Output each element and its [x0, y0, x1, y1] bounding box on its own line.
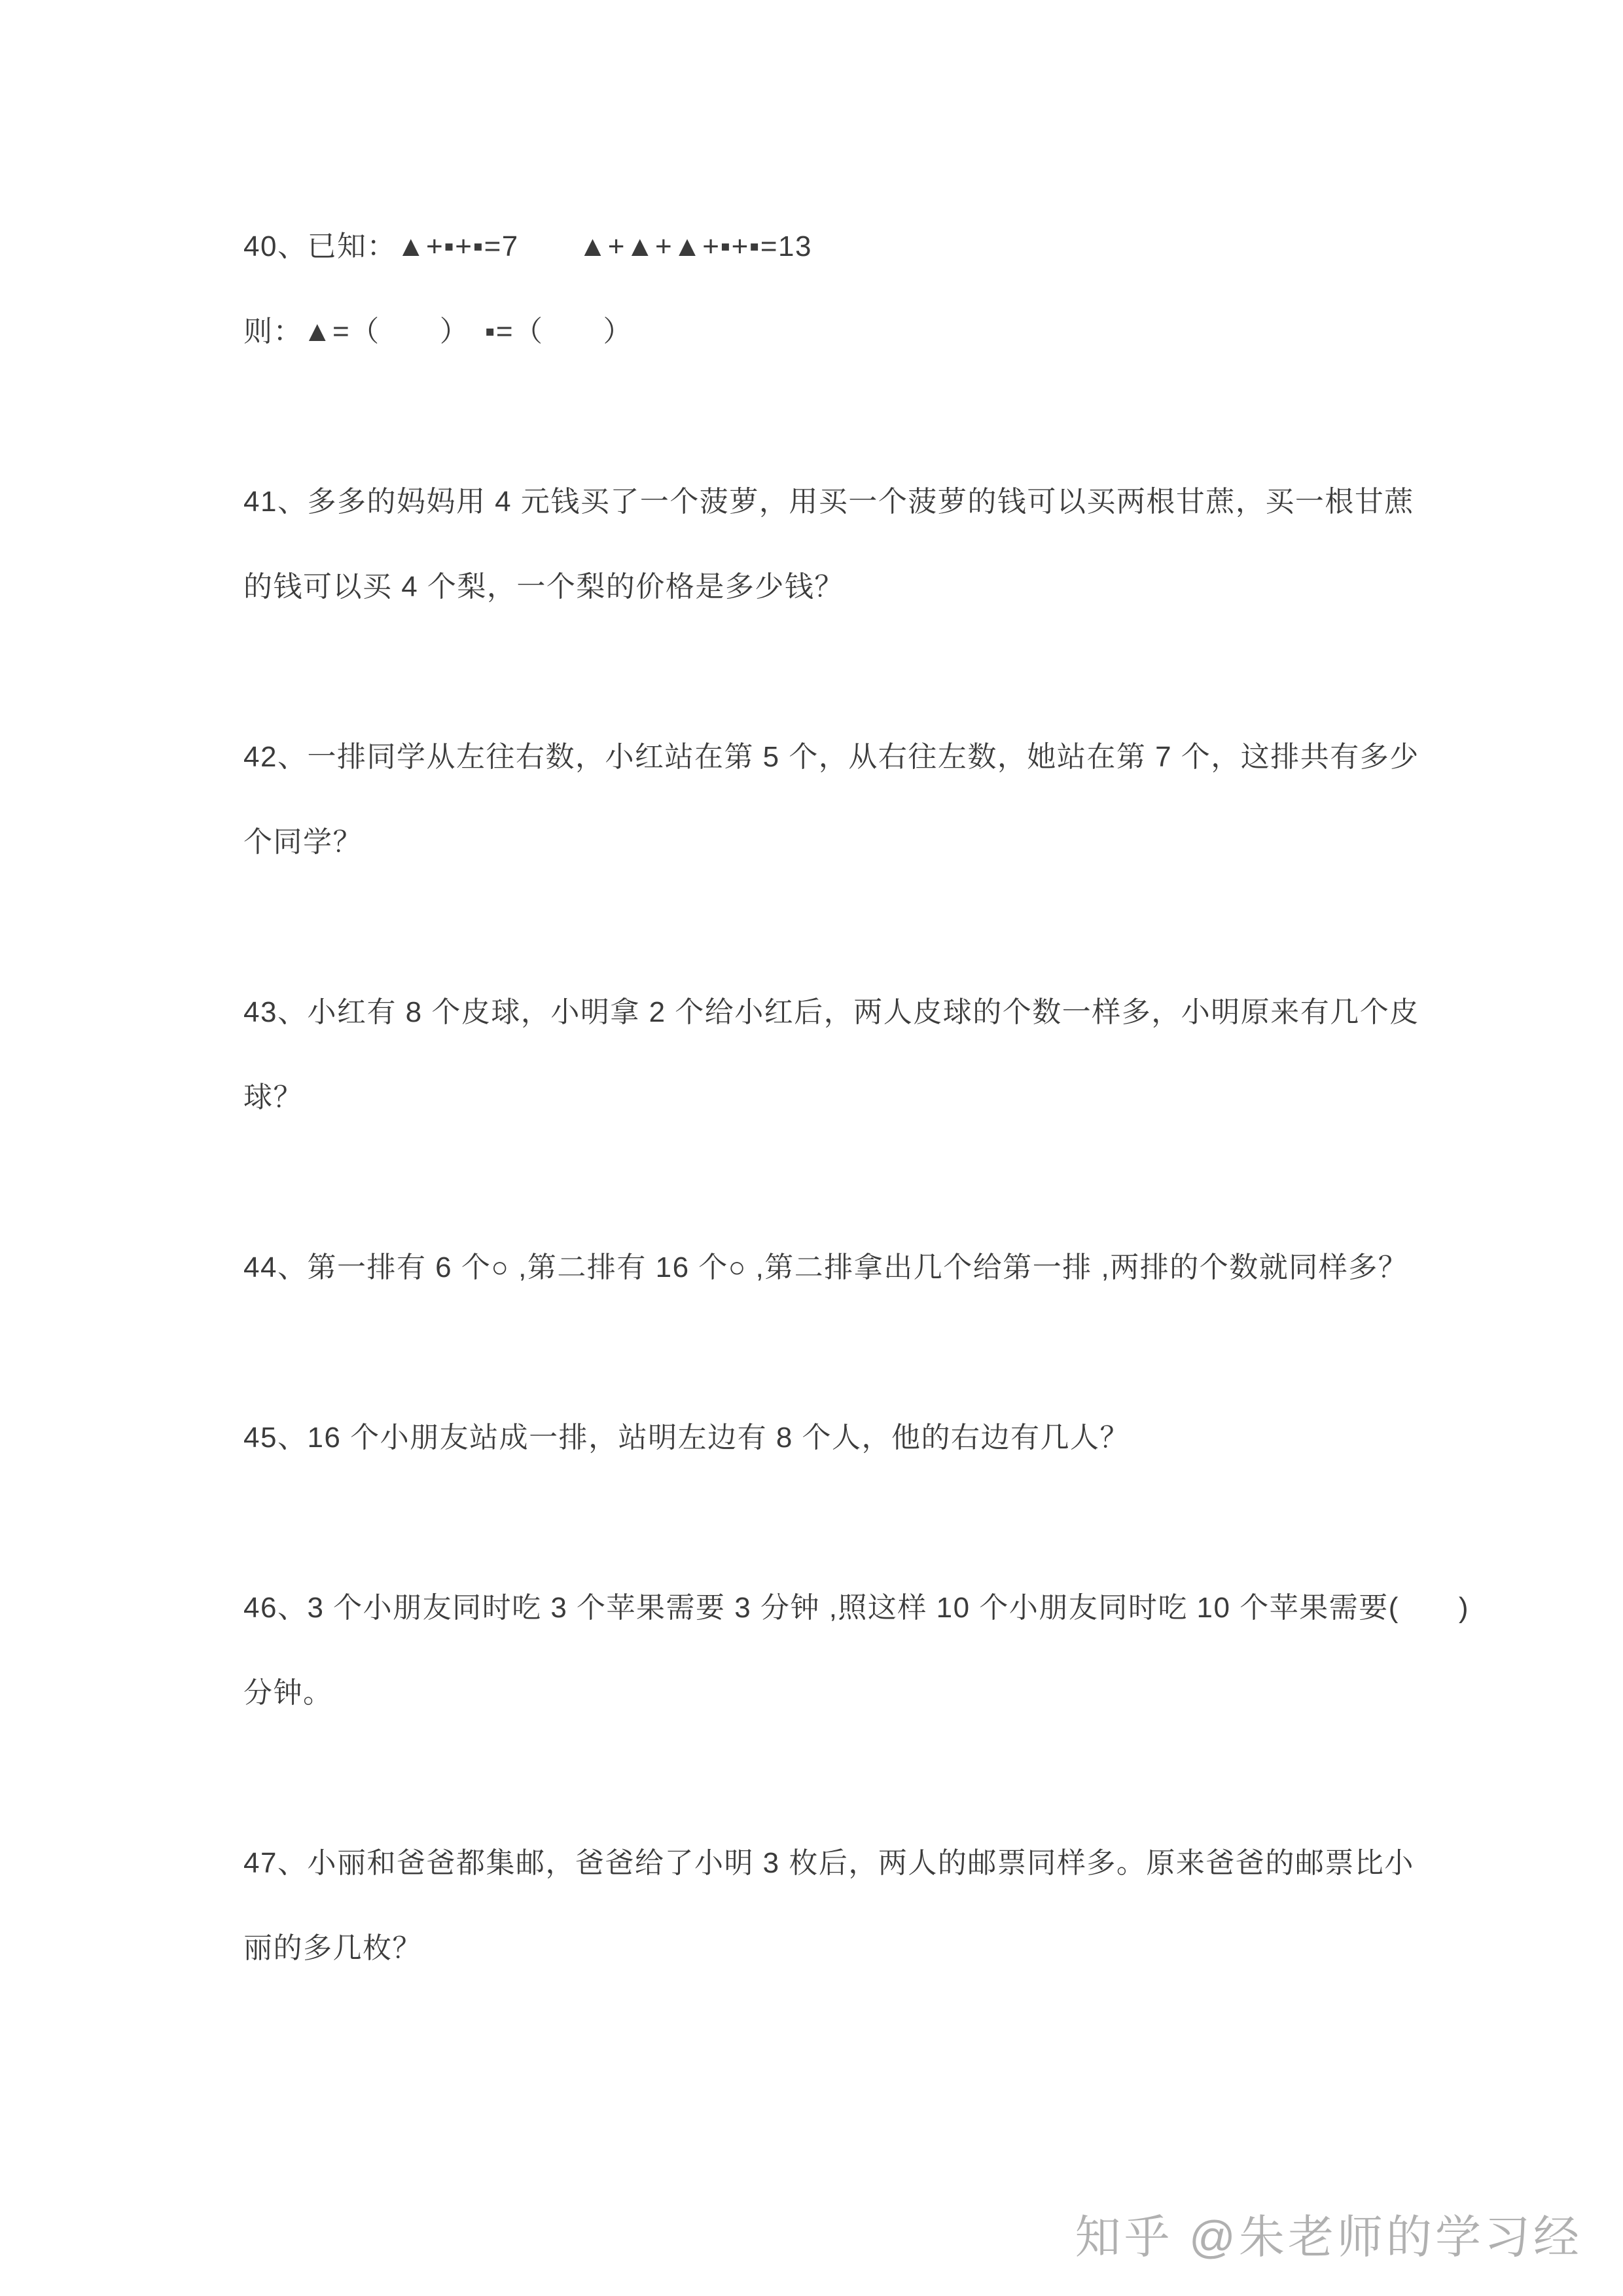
question-line: 43、小红有 8 个皮球，小明拿 2 个给小红后，两人皮球的个数一样多，小明原来… [243, 967, 1408, 1052]
question-line: 45、16 个小朋友站成一排，站明左边有 8 个人，他的右边有几人？ [243, 1392, 1408, 1477]
question-42: 42、一排同学从左往右数，小红站在第 5 个，从右往左数，她站在第 7 个，这排… [243, 711, 1408, 882]
question-line: 则：▲=（ ） ▪=（ ） [243, 286, 1408, 371]
question-line: 47、小丽和爸爸都集邮，爸爸给了小明 3 枚后，两人的邮票同样多。原来爸爸的邮票… [243, 1818, 1408, 1903]
watermark-text: 知乎 @朱老师的学习经 [1075, 2200, 1582, 2267]
question-line: 46、3 个小朋友同时吃 3 个苹果需要 3 分钟 ,照这样 10 个小朋友同时… [243, 1562, 1408, 1647]
question-line: 球？ [243, 1052, 1408, 1137]
question-line: 丽的多几枚？ [243, 1903, 1408, 1988]
worksheet-page: 40、已知：▲+▪+▪=7 ▲+▲+▲+▪+▪=13则：▲=（ ） ▪=（ ）4… [0, 0, 1623, 2296]
question-line: 40、已知：▲+▪+▪=7 ▲+▲+▲+▪+▪=13 [243, 201, 1408, 286]
question-line: 个同学？ [243, 797, 1408, 882]
question-line: 的钱可以买 4 个梨，一个梨的价格是多少钱？ [243, 541, 1408, 626]
question-41: 41、多多的妈妈用 4 元钱买了一个菠萝，用买一个菠萝的钱可以买两根甘蔗，买一根… [243, 456, 1408, 626]
question-40: 40、已知：▲+▪+▪=7 ▲+▲+▲+▪+▪=13则：▲=（ ） ▪=（ ） [243, 201, 1408, 371]
question-43: 43、小红有 8 个皮球，小明拿 2 个给小红后，两人皮球的个数一样多，小明原来… [243, 967, 1408, 1137]
question-46: 46、3 个小朋友同时吃 3 个苹果需要 3 分钟 ,照这样 10 个小朋友同时… [243, 1562, 1408, 1732]
question-line: 41、多多的妈妈用 4 元钱买了一个菠萝，用买一个菠萝的钱可以买两根甘蔗，买一根… [243, 456, 1408, 541]
worksheet-content: 40、已知：▲+▪+▪=7 ▲+▲+▲+▪+▪=13则：▲=（ ） ▪=（ ）4… [243, 201, 1408, 2073]
question-line: 分钟。 [243, 1647, 1408, 1732]
question-44: 44、第一排有 6 个○ ,第二排有 16 个○ ,第二排拿出几个给第一排 ,两… [243, 1222, 1408, 1307]
question-line: 42、一排同学从左往右数，小红站在第 5 个，从右往左数，她站在第 7 个，这排… [243, 711, 1408, 797]
question-line: 44、第一排有 6 个○ ,第二排有 16 个○ ,第二排拿出几个给第一排 ,两… [243, 1222, 1408, 1307]
question-45: 45、16 个小朋友站成一排，站明左边有 8 个人，他的右边有几人？ [243, 1392, 1408, 1477]
question-47: 47、小丽和爸爸都集邮，爸爸给了小明 3 枚后，两人的邮票同样多。原来爸爸的邮票… [243, 1818, 1408, 1988]
